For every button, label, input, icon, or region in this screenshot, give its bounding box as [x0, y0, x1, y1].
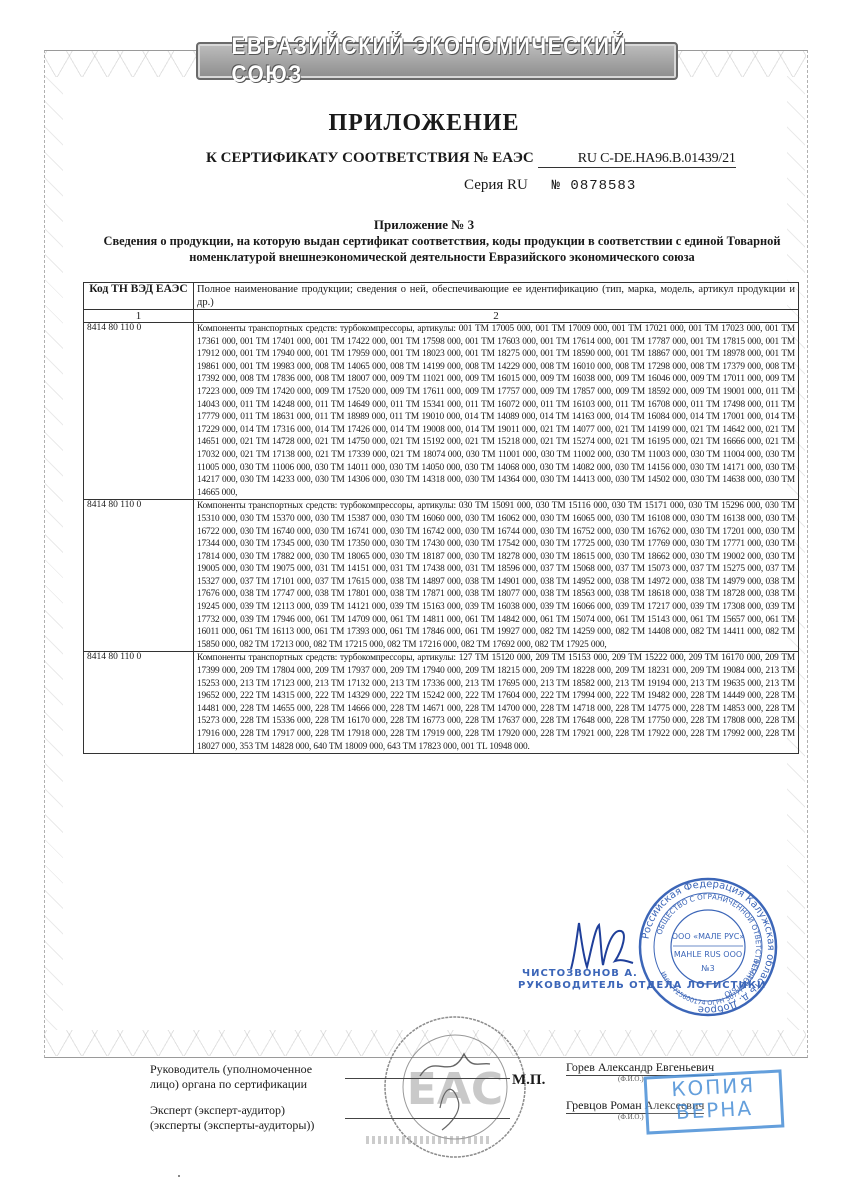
series-line: Серия RU № 0878583	[464, 177, 636, 194]
document-title: ПРИЛОЖЕНИЕ	[0, 110, 848, 137]
appendix-number: Приложение № 3	[0, 217, 848, 233]
company-round-stamp: Российская Федерация Калужская область д…	[637, 876, 779, 1018]
head-label-line-2: лицо) органа по сертификации	[150, 1077, 312, 1092]
product-description: Компоненты транспортных средств: турбоко…	[194, 323, 799, 500]
certificate-number: RU C-DE.HA96.B.01439/21	[538, 151, 736, 168]
expert-label-line-1: Эксперт (эксперт-аудитор)	[150, 1103, 314, 1118]
series-label: Серия RU	[464, 177, 528, 193]
copy-certified-stamp: КОПИЯ ВЕРНА	[644, 1069, 785, 1134]
hs-code: 8414 80 110 0	[84, 652, 194, 754]
table-row: 8414 80 110 0 Компоненты транспортных ср…	[84, 652, 799, 754]
product-description: Компоненты транспортных средств: турбоко…	[194, 652, 799, 754]
column-number-1: 1	[84, 310, 194, 323]
certificate-reference: К СЕРТИФИКАТУ СООТВЕТСТВИЯ № ЕАЭС RU C-D…	[206, 150, 736, 168]
series-number: № 0878583	[552, 178, 637, 194]
stamp-center-line-2: MAHLE RUS OOO	[674, 950, 742, 959]
head-signatory-label: Руководитель (уполномоченное лицо) орган…	[150, 1062, 312, 1092]
certificate-label: К СЕРТИФИКАТУ СООТВЕТСТВИЯ № ЕАЭС	[206, 150, 534, 167]
product-description: Компоненты транспортных средств: турбоко…	[194, 500, 799, 652]
expert-signature-line	[345, 1118, 510, 1119]
eaeu-banner-text: ЕВРАЗИЙСКИЙ ЭКОНОМИЧЕСКИЙ СОЮЗ	[231, 33, 642, 89]
head-signature-line	[345, 1078, 510, 1079]
header-code: Код ТН ВЭД ЕАЭС	[84, 283, 194, 310]
stamp-center-line-3: №3	[701, 964, 714, 973]
stamp-center-line-1: ООО «МАЛЕ РУС»	[672, 932, 745, 941]
fio-caption-1: (Ф.И.О.)	[618, 1075, 644, 1083]
table-header-row: Код ТН ВЭД ЕАЭС Полное наименование прод…	[84, 283, 799, 310]
head-label-line-1: Руководитель (уполномоченное	[150, 1062, 312, 1077]
appendix-description: Сведения о продукции, на которую выдан с…	[86, 233, 798, 265]
eaeu-banner: ЕВРАЗИЙСКИЙ ЭКОНОМИЧЕСКИЙ СОЮЗ	[196, 42, 678, 80]
stamp-place-mark: М.П.	[512, 1072, 545, 1089]
column-number-2: 2	[194, 310, 799, 323]
hs-code: 8414 80 110 0	[84, 323, 194, 500]
scan-artifact	[178, 1175, 180, 1177]
form-serial-strip	[366, 1136, 490, 1144]
column-number-row: 1 2	[84, 310, 799, 323]
expert-label-line-2: (эксперты (эксперты-аудиторы))	[150, 1118, 314, 1133]
products-table: Код ТН ВЭД ЕАЭС Полное наименование прод…	[83, 282, 799, 754]
table-row: 8414 80 110 0 Компоненты транспортных ср…	[84, 500, 799, 652]
header-description: Полное наименование продукции; сведения …	[194, 283, 799, 310]
hs-code: 8414 80 110 0	[84, 500, 194, 652]
table-row: 8414 80 110 0 Компоненты транспортных ср…	[84, 323, 799, 500]
applicant-signature	[565, 915, 635, 973]
expert-signatory-label: Эксперт (эксперт-аудитор) (эксперты (экс…	[150, 1103, 314, 1133]
fio-caption-2: (Ф.И.О.)	[618, 1113, 644, 1121]
eac-mark: ЕАС	[407, 1064, 503, 1115]
